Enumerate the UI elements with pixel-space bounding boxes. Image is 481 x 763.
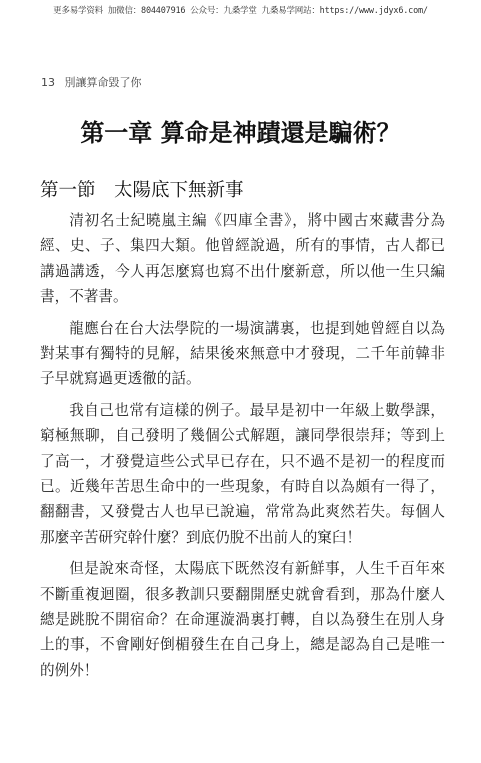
paragraph: 龍應台在台大法學院的一場演講裏，也提到她曾經自以為對某事有獨特的見解，結果後來無… [40,316,445,392]
page-number: 13 [41,76,55,89]
paragraph: 我自己也常有這樣的例子。最早是初中一年級上數學課，窮極無聊，自己發明了幾個公式解… [40,398,445,550]
paragraph: 清初名士紀曉嵐主編《四庫全書》，將中國古來藏書分為經、史、子、集四大類。他曾經說… [40,208,445,309]
chapter-title: 第一章 算命是神蹟還是騙術？ [0,113,481,148]
watermark-banner: 更多易学资料 加微信：804407916 公众号：九桑学堂 九桑易学网站：htt… [0,4,481,16]
running-head: 13 別讓算命毀了你 [41,74,142,90]
section-title: 第一節 太陽底下無新事 [40,176,244,202]
book-title: 別讓算命毀了你 [65,76,142,89]
body-text: 清初名士紀曉嵐主編《四庫全書》，將中國古來藏書分為經、史、子、集四大類。他曾經說… [40,208,445,689]
paragraph: 但是說來奇怪，太陽底下既然沒有新鮮事，人生千百年來不斷重複迴圈，很多教訓只要翻開… [40,556,445,682]
